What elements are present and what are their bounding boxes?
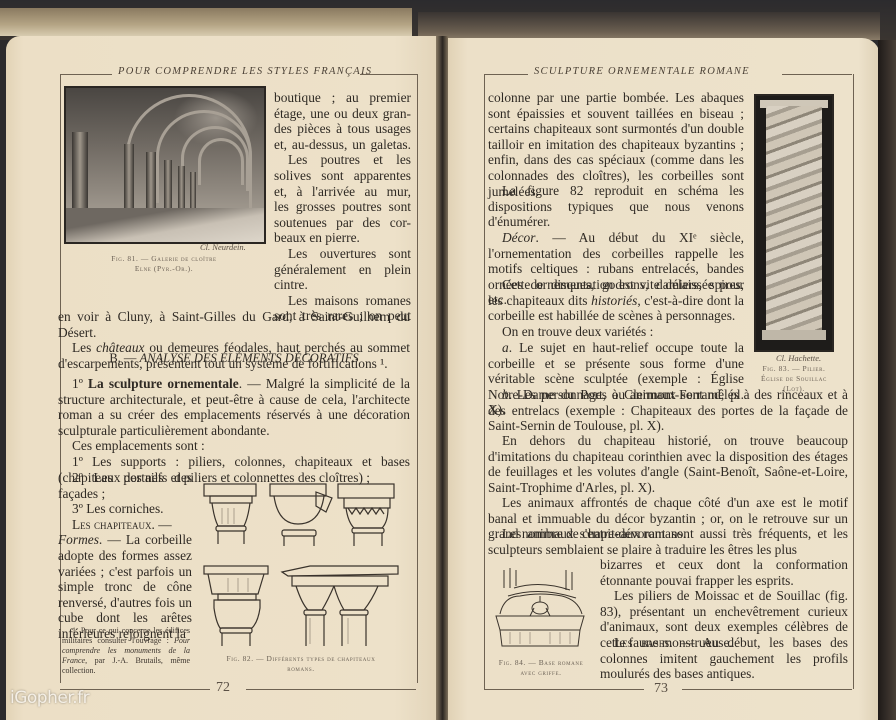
paragraph-variety-b: b. Les personnages ou animaux sont mêlés… [488,387,848,434]
running-head-right: SCULPTURE ORNEMENTALE ROMANE [534,66,750,77]
section-heading: B. — ANALYSE DES ÉLÉMENTS DÉCORATIFS [58,351,410,367]
paragraph-varietes: On en trouve deux variétés : [488,324,744,340]
figure-81-cloister-photo [64,86,266,244]
side-text-block: boutique ; au premier étage, une ou deux… [274,90,411,324]
paragraph-corinthien: En dehors du chapiteau historié, on trou… [488,433,848,495]
figure-81-caption: Fig. 81. — Galerie de cloître Elne (Pyr.… [66,254,262,274]
paragraph-figure-82: La figure 82 reproduit en schéma les dis… [488,183,744,230]
figure-82-capitals-drawing [198,478,408,648]
paragraph-histories: Cette ornementation est vite délaissée p… [488,277,744,324]
paragraph-bizarres: bizarres et ceux dont la conformation ét… [600,557,848,588]
paragraph-bases: Les bases. — Au début, les bases des col… [600,635,848,682]
paragraph-devorant: Les animaux s'entre-dévorant sont aussi … [488,526,848,557]
figure-84-caption: Fig. 84. — Base romane avec griffe. [484,658,598,678]
footer-rule-right-2 [682,689,852,690]
book-gutter [436,36,448,720]
page-number-right: 73 [654,681,668,697]
footnote: 1. Pour ce qui concerne les édifices mil… [62,626,190,676]
page-edges-left [0,8,412,36]
page-number-left: 72 [216,680,230,696]
header-rule-left-2 [484,74,528,75]
page-edges-right [418,12,880,40]
figure-82-caption: Fig. 82. — Différents types de chapiteau… [194,654,408,674]
figure-83-caption: Fig. 83. — Pilier. Église de Souillac (L… [752,364,836,394]
paragraph-emplacements: Ces emplacements sont : [58,438,410,454]
running-head-left: POUR COMPRENDRE LES STYLES FRANÇAIS [118,66,372,77]
footer-rule-left-2 [484,689,644,690]
paragraph-cluny: en voir à Cluny, à Saint-Gilles du Gard,… [58,309,410,340]
figure-83-credit: Cl. Hachette. [776,353,821,363]
footer-rule-right [246,689,416,690]
book-edge-shadow [878,40,896,720]
figure-81-credit: Cl. Neurdein. [200,242,246,252]
narrow-text-column: 2º Les portails des façades ; 3º Les cor… [58,470,192,642]
header-rule-left [60,74,112,75]
paragraph-sculpture: 1º La sculpture ornementale. — Malgré la… [58,376,410,438]
figure-83-pillar-photo [754,94,834,352]
watermark-logo: iGopher.fr [10,688,89,708]
figure-84-base-drawing [490,566,590,650]
header-rule-right-2 [782,74,852,75]
